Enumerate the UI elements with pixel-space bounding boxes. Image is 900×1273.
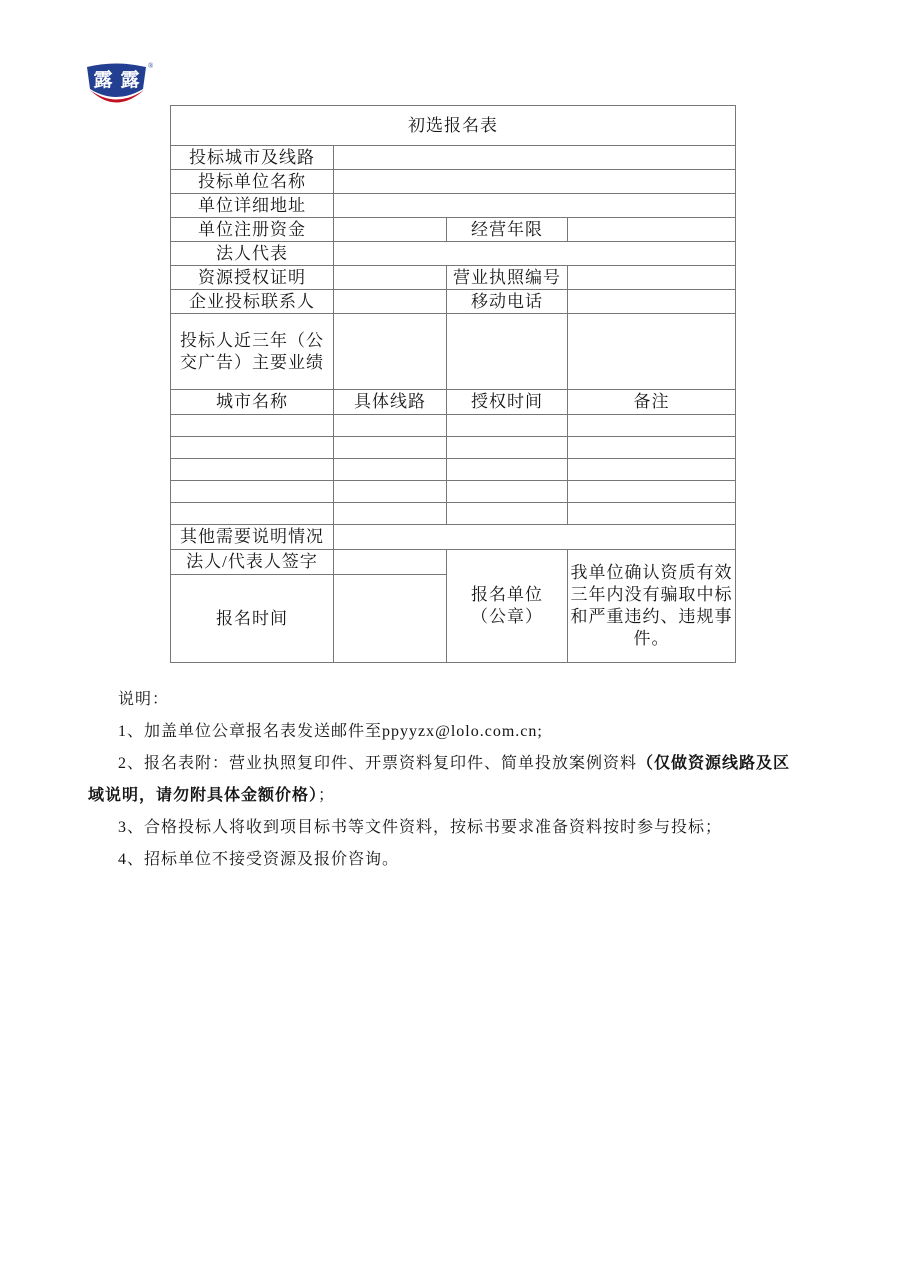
note-item-3: 3、合格投标人将收到项目标书等文件资料，按标书要求准备资料按时参与投标； <box>88 812 802 844</box>
field-label-business-license-no: 营业执照编号 <box>447 266 568 290</box>
data-cell <box>447 437 568 459</box>
field-label-recent-performance: 投标人近三年（公交广告）主要业绩 <box>171 314 334 390</box>
declaration-text: 我单位确认资质有效三年内没有骗取中标和严重违约、违规事件。 <box>568 550 736 663</box>
note-item-2: 2、报名表附：营业执照复印件、开票资料复印件、简单投放案例资料（仅做资源线路及区… <box>88 748 802 812</box>
data-cell <box>447 503 568 525</box>
table-row <box>171 503 736 525</box>
data-cell <box>447 415 568 437</box>
field-label-registered-capital: 单位注册资金 <box>171 218 334 242</box>
field-label-legal-representative: 法人代表 <box>171 242 334 266</box>
field-input-recent-performance-3 <box>568 314 736 390</box>
field-label-mobile-phone: 移动电话 <box>447 290 568 314</box>
registration-form-table: 初选报名表 投标城市及线路 投标单位名称 单位详细地址 单位注册资金 经营年限 <box>170 105 736 663</box>
table-row <box>171 437 736 459</box>
data-cell <box>334 459 447 481</box>
data-cell <box>171 415 334 437</box>
field-label-bid-contact: 企业投标联系人 <box>171 290 334 314</box>
field-input-recent-performance-2 <box>447 314 568 390</box>
data-cell <box>334 481 447 503</box>
column-header-remarks: 备注 <box>568 390 736 415</box>
notes-heading: 说明： <box>88 684 802 716</box>
field-label-resource-authorization: 资源授权证明 <box>171 266 334 290</box>
notes-section: 说明： 1、加盖单位公章报名表发送邮件至ppyyzx@lolo.com.cn; … <box>88 684 802 876</box>
logo-character-right: 露 <box>120 68 139 91</box>
data-cell <box>568 437 736 459</box>
field-label-legal-rep-signature: 法人/代表人签字 <box>171 550 334 575</box>
lulu-logo-icon: 露 露 ® <box>83 59 153 107</box>
field-input-registered-capital <box>334 218 447 242</box>
data-cell <box>171 481 334 503</box>
field-input-bidder-name <box>334 170 736 194</box>
data-cell <box>447 459 568 481</box>
registered-trademark-icon: ® <box>148 62 153 70</box>
table-row <box>171 415 736 437</box>
field-label-other-notes: 其他需要说明情况 <box>171 525 334 550</box>
field-label-registration-date: 报名时间 <box>171 575 334 663</box>
field-input-registration-date <box>334 575 447 663</box>
data-cell <box>447 481 568 503</box>
field-input-bid-contact <box>334 290 447 314</box>
data-cell <box>171 459 334 481</box>
field-label-business-years: 经营年限 <box>447 218 568 242</box>
field-label-registration-unit-seal: 报名单位 （公章） <box>447 550 568 663</box>
data-cell <box>568 503 736 525</box>
field-input-business-years <box>568 218 736 242</box>
field-input-recent-performance-1 <box>334 314 447 390</box>
column-header-specific-route: 具体线路 <box>334 390 447 415</box>
column-header-authorization-time: 授权时间 <box>447 390 568 415</box>
logo-character-left: 露 <box>93 68 112 91</box>
data-cell <box>568 459 736 481</box>
data-cell <box>334 503 447 525</box>
note-item-4: 4、招标单位不接受资源及报价咨询。 <box>88 844 802 876</box>
document-page: 露 露 ® 初选报名表 投标城市及线路 投标单位名称 单位详细地址 <box>0 0 900 1273</box>
data-cell <box>334 415 447 437</box>
field-input-legal-representative <box>334 242 736 266</box>
field-input-business-license-no <box>568 266 736 290</box>
note-item-2-suffix: ； <box>318 787 335 804</box>
form-title: 初选报名表 <box>171 106 736 146</box>
field-label-bidder-name: 投标单位名称 <box>171 170 334 194</box>
data-cell <box>171 503 334 525</box>
data-cell <box>568 481 736 503</box>
note-item-2-prefix: 2、报名表附：营业执照复印件、开票资料复印件、简单投放案例资料 <box>118 755 637 772</box>
data-cell <box>171 437 334 459</box>
table-row <box>171 481 736 503</box>
field-input-mobile-phone <box>568 290 736 314</box>
field-label-unit-address: 单位详细地址 <box>171 194 334 218</box>
field-label-bid-city-route: 投标城市及线路 <box>171 146 334 170</box>
table-row <box>171 459 736 481</box>
field-input-resource-authorization <box>334 266 447 290</box>
field-input-legal-rep-signature <box>334 550 447 575</box>
field-input-bid-city-route <box>334 146 736 170</box>
form-table-container: 初选报名表 投标城市及线路 投标单位名称 单位详细地址 单位注册资金 经营年限 <box>170 105 736 663</box>
data-cell <box>334 437 447 459</box>
note-item-1: 1、加盖单位公章报名表发送邮件至ppyyzx@lolo.com.cn; <box>88 716 802 748</box>
field-input-unit-address <box>334 194 736 218</box>
data-cell <box>568 415 736 437</box>
column-header-city-name: 城市名称 <box>171 390 334 415</box>
field-input-other-notes <box>334 525 736 550</box>
lulu-brand-logo: 露 露 ® <box>83 59 153 107</box>
